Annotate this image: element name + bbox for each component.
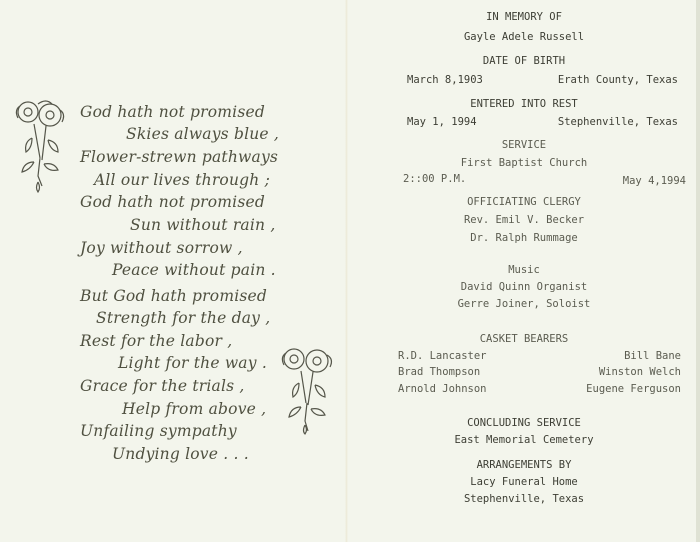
- birth-heading: DATE OF BIRTH: [348, 55, 700, 67]
- poem-line: God hath not promised: [80, 103, 265, 121]
- flower-bouquet-icon: [10, 98, 72, 194]
- poem-line: Grace for the trials ,: [80, 377, 245, 395]
- bearer-name: Eugene Ferguson: [586, 383, 681, 395]
- death-place: Stephenville, Texas: [558, 116, 678, 128]
- poem-line: Help from above ,: [122, 400, 266, 418]
- service-date: May 4,1994: [623, 175, 686, 187]
- bearer-name: R.D. Lancaster: [398, 350, 487, 362]
- memorial-panel: IN MEMORY OF Gayle Adele Russell DATE OF…: [348, 0, 700, 542]
- funeral-home-name: Lacy Funeral Home: [348, 476, 700, 488]
- poem-line: God hath not promised: [80, 193, 265, 211]
- clergy-name: Rev. Emil V. Becker: [348, 214, 700, 226]
- service-time: 2::00 P.M.: [403, 173, 466, 185]
- arrangements-heading: ARRANGEMENTS BY: [348, 459, 700, 471]
- concluding-heading: CONCLUDING SERVICE: [348, 417, 700, 429]
- clergy-heading: OFFICIATING CLERGY: [348, 196, 700, 208]
- bearer-name: Winston Welch: [599, 366, 681, 378]
- memory-heading: IN MEMORY OF: [348, 11, 700, 23]
- poem-line: Unfailing sympathy: [80, 422, 237, 440]
- poem-line: Rest for the labor ,: [80, 332, 232, 350]
- clergy-name: Dr. Ralph Rummage: [348, 232, 700, 244]
- music-name: David Quinn Organist: [348, 281, 700, 293]
- bearers-heading: CASKET BEARERS: [348, 333, 700, 345]
- music-name: Gerre Joiner, Soloist: [348, 298, 700, 310]
- bearer-name: Bill Bane: [624, 350, 681, 362]
- poem-line: Joy without sorrow ,: [80, 239, 243, 257]
- poem-panel: God hath not promised Skies always blue …: [0, 0, 345, 542]
- concluding-location: East Memorial Cemetery: [348, 434, 700, 446]
- service-heading: SERVICE: [348, 139, 700, 151]
- birth-date: March 8,1903: [407, 74, 483, 86]
- poem-line: All our lives through ;: [94, 171, 270, 189]
- music-heading: Music: [348, 264, 700, 276]
- funeral-home-city: Stephenville, Texas: [348, 493, 700, 505]
- poem-line: Flower-strewn pathways: [80, 148, 278, 166]
- flower-bouquet-icon: [277, 345, 339, 435]
- poem-line: Sun without rain ,: [130, 216, 275, 234]
- poem-line: Strength for the day ,: [96, 309, 270, 327]
- bearer-name: Brad Thompson: [398, 366, 480, 378]
- memorial-card: God hath not promised Skies always blue …: [0, 0, 700, 542]
- service-location: First Baptist Church: [348, 157, 700, 169]
- birth-place: Erath County, Texas: [558, 74, 678, 86]
- poem-line: Peace without pain .: [112, 261, 276, 279]
- poem-line: Undying love . . .: [112, 445, 249, 463]
- poem-line: Skies always blue ,: [126, 125, 279, 143]
- bearer-name: Arnold Johnson: [398, 383, 487, 395]
- poem-line: But God hath promised: [80, 287, 267, 305]
- deceased-name: Gayle Adele Russell: [348, 31, 700, 43]
- poem-line: Light for the way .: [118, 354, 267, 372]
- death-date: May 1, 1994: [407, 116, 477, 128]
- death-heading: ENTERED INTO REST: [348, 98, 700, 110]
